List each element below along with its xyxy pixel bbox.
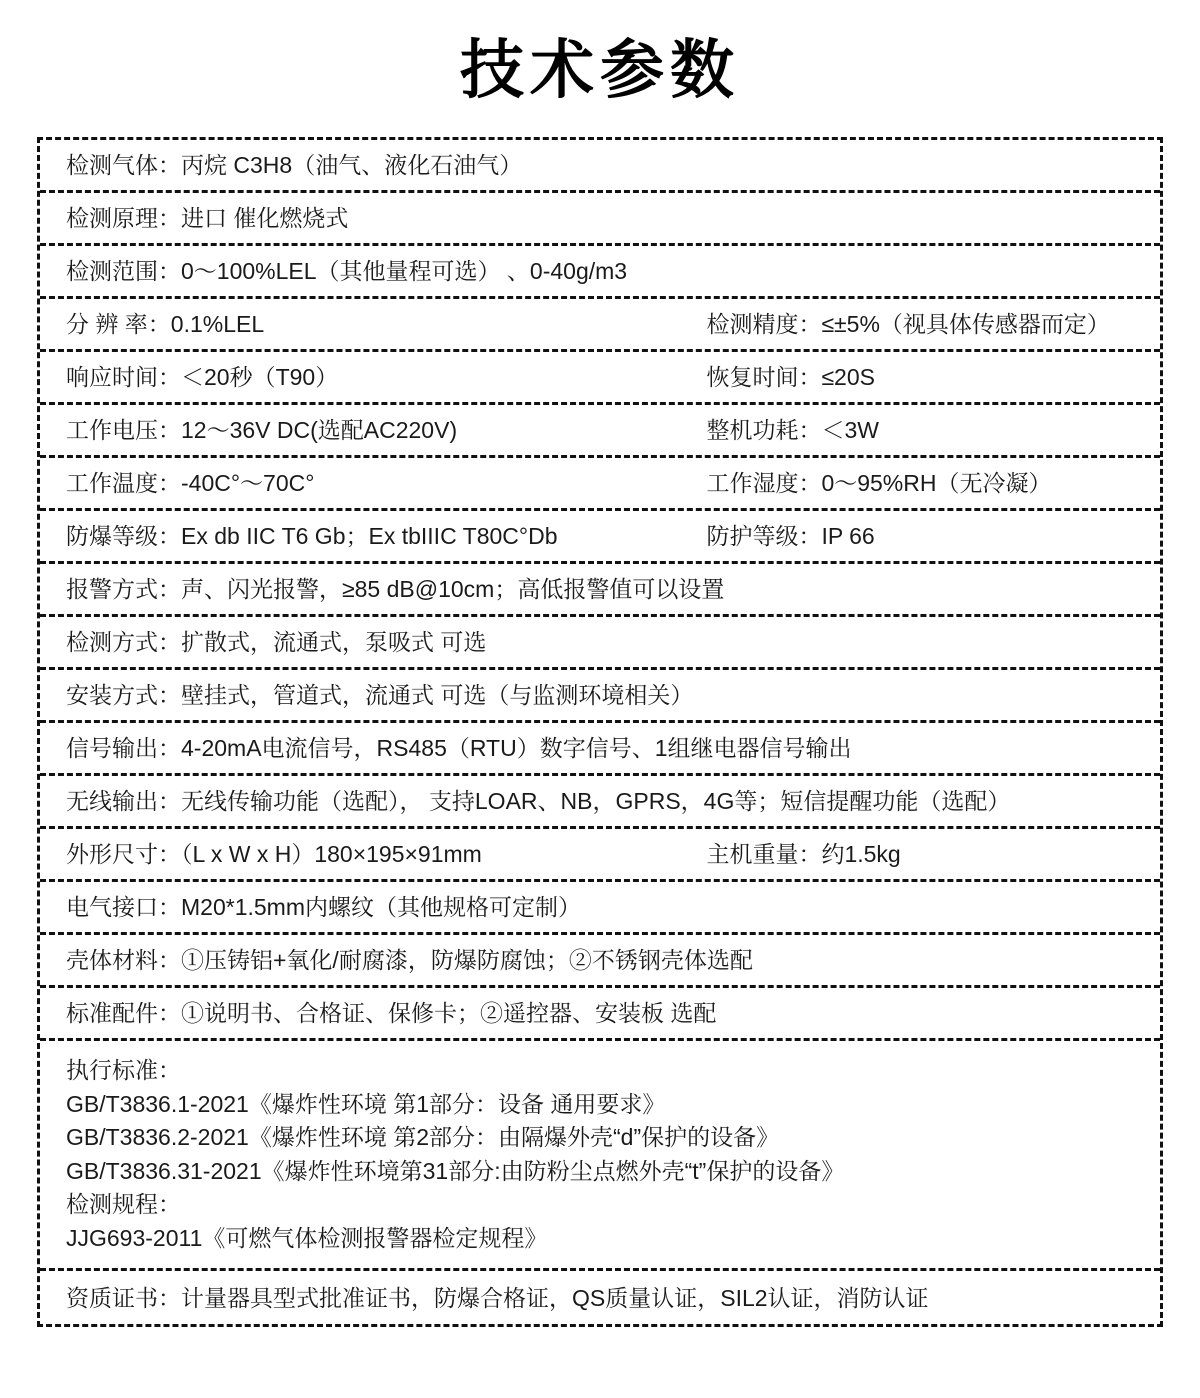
spec-text: 信号输出：4-20mA电流信号，RS485（RTU）数字信号、1组继电器信号输出 (66, 733, 852, 763)
spec-row-voltage-power: 工作电压：12～36V DC(选配AC220V) 整机功耗：＜3W (40, 405, 1160, 458)
spec-row-electrical-interface: 电气接口：M20*1.5mm内螺纹（其他规格可定制） (40, 882, 1160, 935)
inspection-regulation-heading: 检测规程： (66, 1188, 1146, 1222)
spec-text-weight: 主机重量：约1.5kg (706, 839, 1146, 869)
spec-text-resolution: 分 辨 率：0.1%LEL (66, 309, 706, 339)
spec-text: 检测原理：进口 催化燃烧式 (66, 203, 348, 233)
spec-text: 资质证书：计量器具型式批准证书，防爆合格证，QS质量认证，SIL2认证，消防认证 (66, 1283, 929, 1313)
standard-jjg693: JJG693-2011《可燃气体检测报警器检定规程》 (66, 1222, 1146, 1256)
spec-text-working-voltage: 工作电压：12～36V DC(选配AC220V) (66, 415, 706, 445)
spec-row-dimensions-weight: 外形尺寸：（L x W x H）180×195×91mm 主机重量：约1.5kg (40, 829, 1160, 882)
spec-text-working-temperature: 工作温度：-40C°～70C° (66, 468, 706, 498)
spec-row-detection-range: 检测范围：0～100%LEL（其他量程可选） 、0-40g/m3 (40, 246, 1160, 299)
spec-text: 壳体材料：①压铸铝+氧化/耐腐漆，防爆防腐蚀；②不锈钢壳体选配 (66, 945, 753, 975)
spec-text-power-consumption: 整机功耗：＜3W (706, 415, 1146, 445)
spec-text: 电气接口：M20*1.5mm内螺纹（其他规格可定制） (66, 892, 581, 922)
spec-text-recovery-time: 恢复时间：≤20S (706, 362, 1146, 392)
spec-row-alarm-mode: 报警方式：声、闪光报警，≥85 dB@10cm；高低报警值可以设置 (40, 564, 1160, 617)
standard-gb3836-31: GB/T3836.31-2021《爆炸性环境第31部分:由防粉尘点燃外壳“t”保… (66, 1155, 1146, 1189)
spec-row-standards: 执行标准： GB/T3836.1-2021《爆炸性环境 第1部分：设备 通用要求… (40, 1041, 1160, 1271)
spec-text: 检测方式：扩散式，流通式，泵吸式 可选 (66, 627, 486, 657)
spec-text: 检测范围：0～100%LEL（其他量程可选） 、0-40g/m3 (66, 256, 627, 286)
spec-sheet-page: 技术参数 检测气体：丙烷 C3H8（油气、液化石油气） 检测原理：进口 催化燃烧… (0, 0, 1200, 1398)
spec-text-response-time: 响应时间：＜20秒（T90） (66, 362, 706, 392)
spec-row-shell-material: 壳体材料：①压铸铝+氧化/耐腐漆，防爆防腐蚀；②不锈钢壳体选配 (40, 935, 1160, 988)
spec-row-temperature-humidity: 工作温度：-40C°～70C° 工作湿度：0～95%RH（无冷凝） (40, 458, 1160, 511)
spec-row-detection-mode: 检测方式：扩散式，流通式，泵吸式 可选 (40, 617, 1160, 670)
spec-row-wireless-output: 无线输出：无线传输功能（选配）， 支持LOAR、NB，GPRS，4G等；短信提醒… (40, 776, 1160, 829)
spec-text: 安装方式：壁挂式，管道式，流通式 可选（与监测环境相关） (66, 680, 693, 710)
spec-text: 报警方式：声、闪光报警，≥85 dB@10cm；高低报警值可以设置 (66, 574, 724, 604)
spec-text: 无线输出：无线传输功能（选配）， 支持LOAR、NB，GPRS，4G等；短信提醒… (66, 786, 1010, 816)
spec-row-signal-output: 信号输出：4-20mA电流信号，RS485（RTU）数字信号、1组继电器信号输出 (40, 723, 1160, 776)
spec-row-standard-accessories: 标准配件：①说明书、合格证、保修卡；②遥控器、安装板 选配 (40, 988, 1160, 1041)
spec-text-working-humidity: 工作湿度：0～95%RH（无冷凝） (706, 468, 1146, 498)
spec-row-detected-gas: 检测气体：丙烷 C3H8（油气、液化石油气） (40, 140, 1160, 193)
spec-row-certificates: 资质证书：计量器具型式批准证书，防爆合格证，QS质量认证，SIL2认证，消防认证 (40, 1271, 1160, 1324)
standards-heading: 执行标准： (66, 1054, 1146, 1088)
spec-row-installation-mode: 安装方式：壁挂式，管道式，流通式 可选（与监测环境相关） (40, 670, 1160, 723)
spec-row-response-recovery-time: 响应时间：＜20秒（T90） 恢复时间：≤20S (40, 352, 1160, 405)
standard-gb3836-1: GB/T3836.1-2021《爆炸性环境 第1部分：设备 通用要求》 (66, 1088, 1146, 1122)
spec-text-accuracy: 检测精度：≤±5%（视具体传感器而定） (706, 309, 1146, 339)
spec-text-dimensions: 外形尺寸：（L x W x H）180×195×91mm (66, 839, 706, 869)
spec-table: 检测气体：丙烷 C3H8（油气、液化石油气） 检测原理：进口 催化燃烧式 检测范… (37, 137, 1163, 1327)
page-title: 技术参数 (0, 22, 1200, 118)
spec-row-detection-principle: 检测原理：进口 催化燃烧式 (40, 193, 1160, 246)
standard-gb3836-2: GB/T3836.2-2021《爆炸性环境 第2部分：由隔爆外壳“d”保护的设备… (66, 1121, 1146, 1155)
spec-row-resolution-accuracy: 分 辨 率：0.1%LEL 检测精度：≤±5%（视具体传感器而定） (40, 299, 1160, 352)
spec-text-explosion-proof-grade: 防爆等级：Ex db IIC T6 Gb；Ex tbIIIC T80C°Db (66, 521, 706, 551)
spec-row-explosion-protection: 防爆等级：Ex db IIC T6 Gb；Ex tbIIIC T80C°Db 防… (40, 511, 1160, 564)
spec-text-ingress-protection: 防护等级：IP 66 (706, 521, 1146, 551)
spec-text: 检测气体：丙烷 C3H8（油气、液化石油气） (66, 150, 522, 180)
spec-text: 标准配件：①说明书、合格证、保修卡；②遥控器、安装板 选配 (66, 998, 716, 1028)
